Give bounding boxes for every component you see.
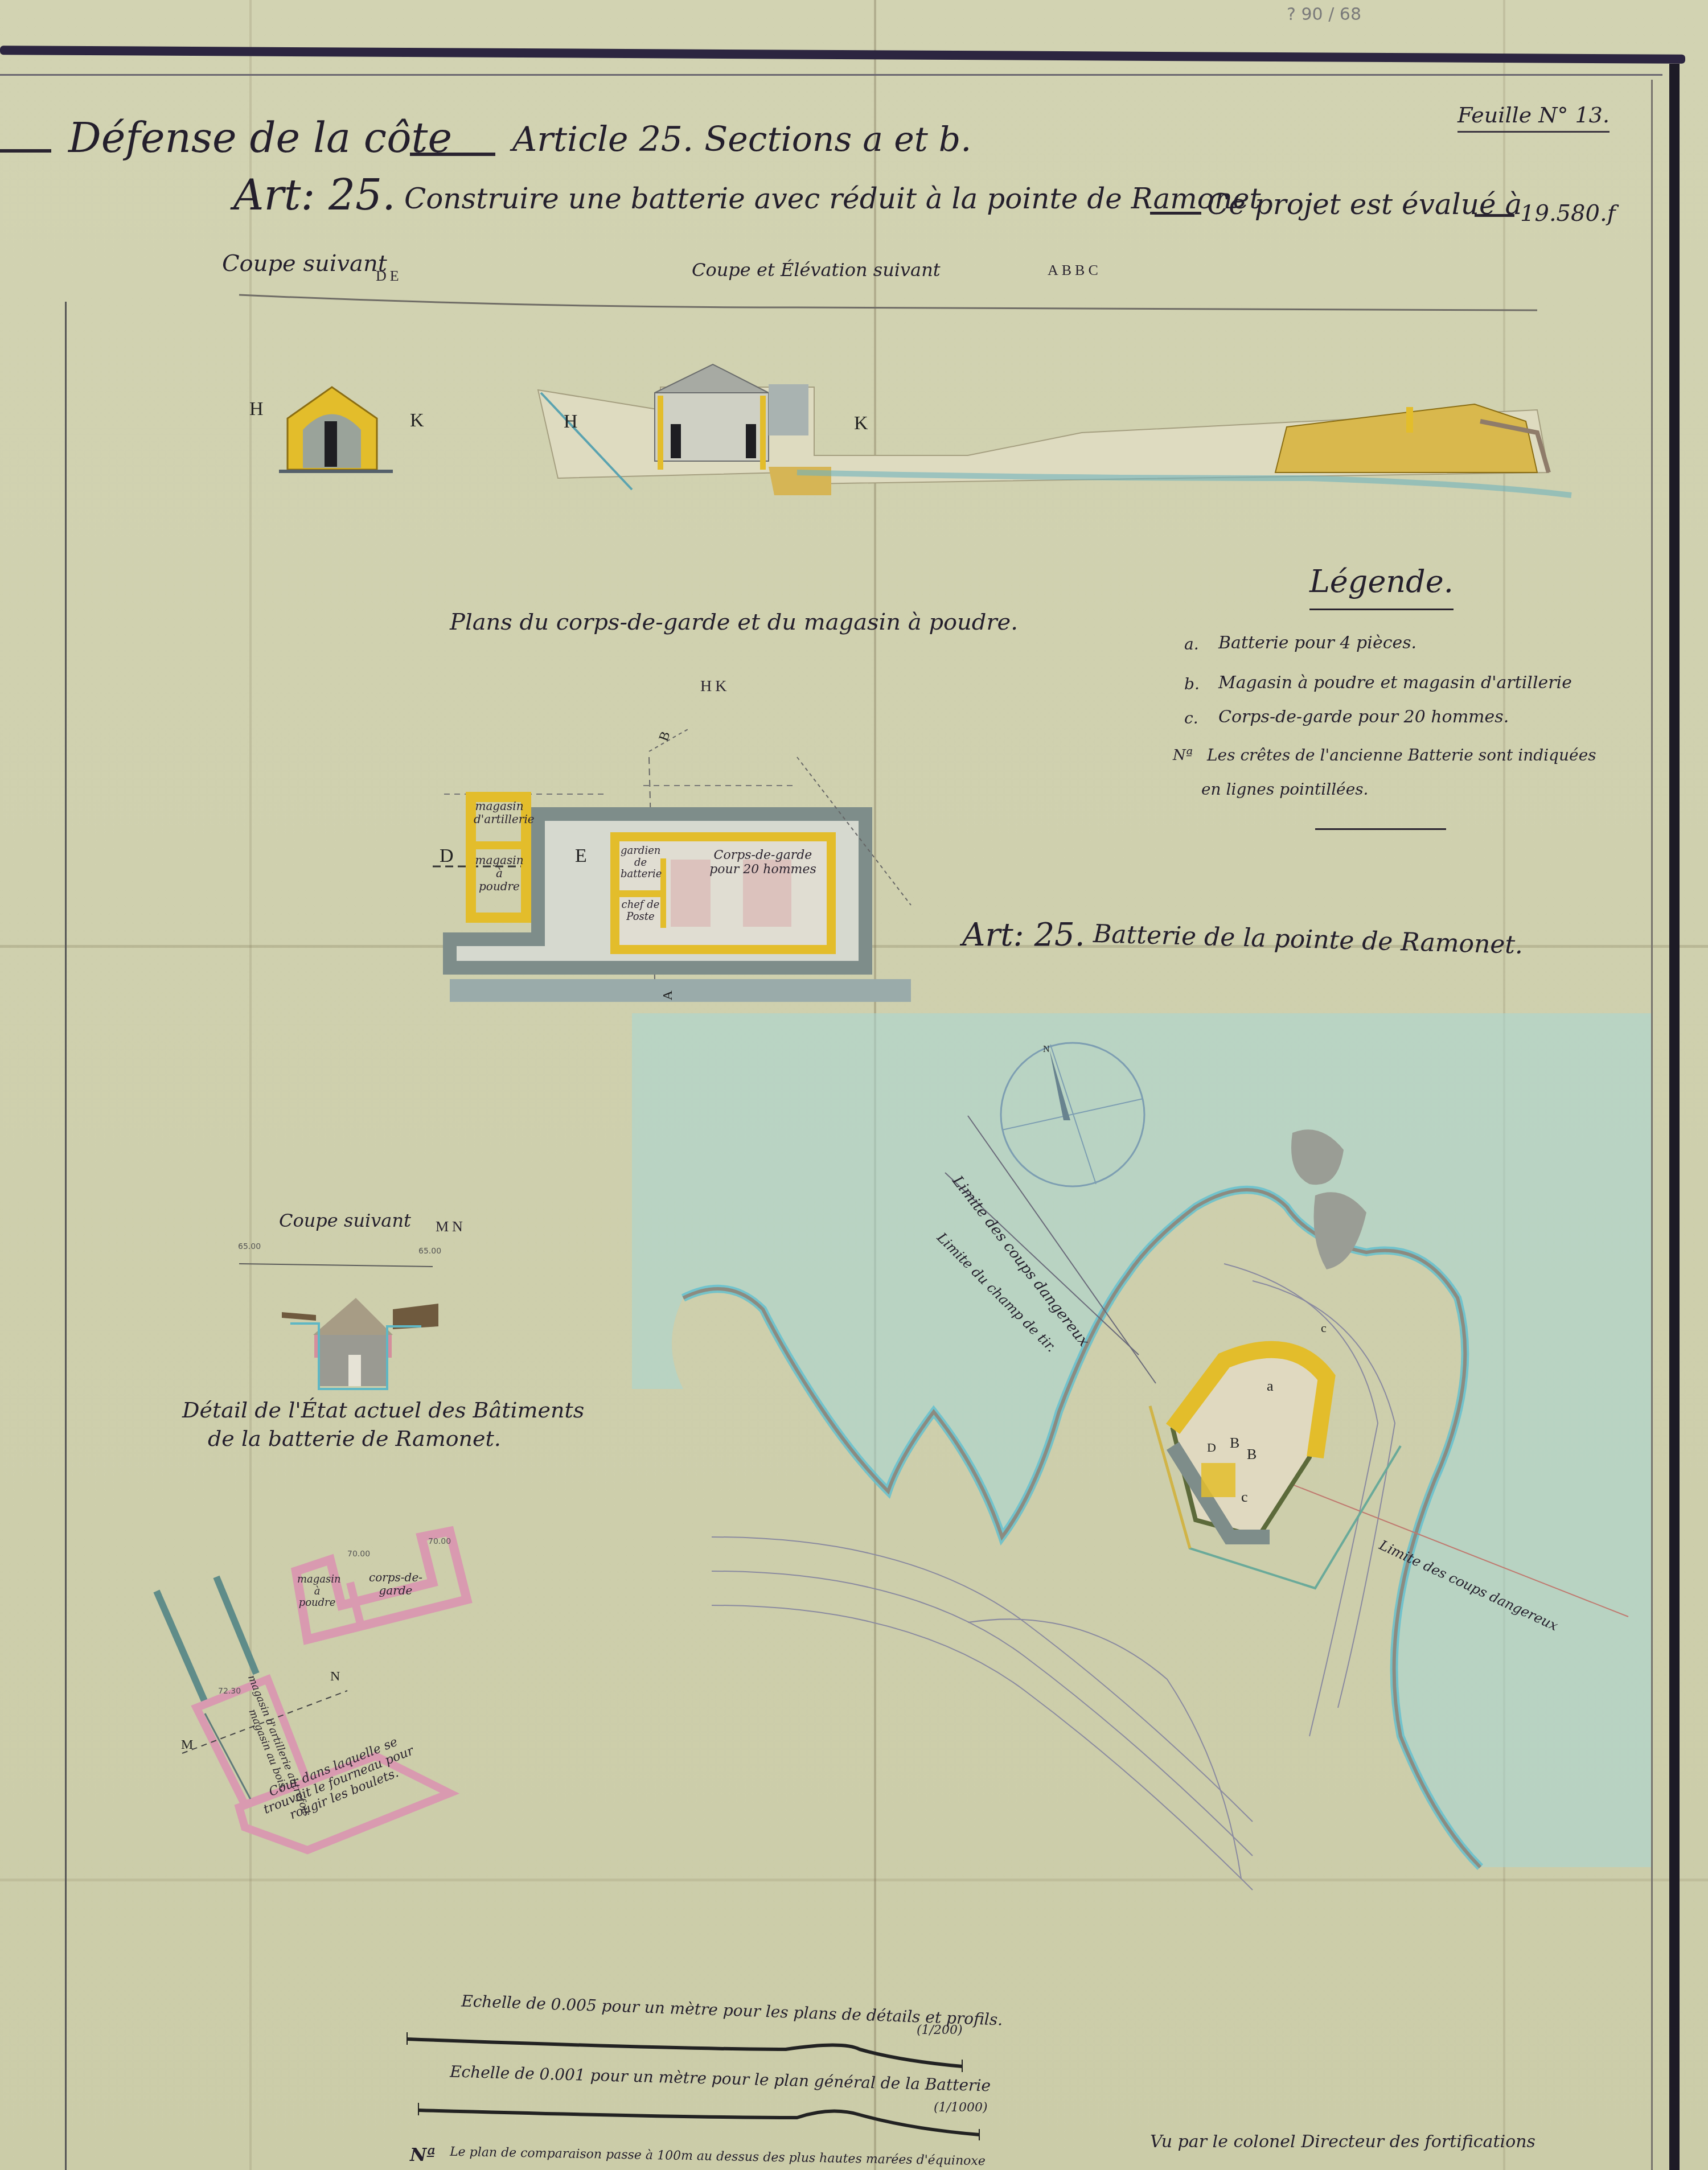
rock-label-c: c xyxy=(1321,1321,1327,1335)
detail-room-magasin: magasin à poudre xyxy=(297,1574,337,1609)
coupe-abbc-drawing xyxy=(538,364,1571,495)
director-signature-line: Vu par le colonel Directeur des fortific… xyxy=(1150,2132,1535,2152)
room-corps-de-garde: Corps-de-garde pour 20 hommes xyxy=(706,848,820,877)
map-sheet: ? 90 / 68 Défense de la côte Article 25.… xyxy=(0,0,1708,2170)
scale2-ratio: (1/1000) xyxy=(934,2101,988,2115)
label-h-small: H xyxy=(249,398,264,420)
scale1-ratio-num: 1 xyxy=(922,2023,930,2037)
legend-key-c: c. xyxy=(1184,709,1198,728)
fort-label-b2: B xyxy=(1247,1446,1257,1463)
detail-label-n: N xyxy=(330,1669,340,1684)
compass-north-label: N xyxy=(1043,1045,1050,1055)
coastline-map xyxy=(632,1013,1651,1890)
room-magasin-artillerie: magasin d'artillerie xyxy=(474,800,525,826)
plans-title: Plans du corps-de-garde et du magasin à … xyxy=(450,609,1018,635)
legend-note-line1: Les crêtes de l'ancienne Batterie sont i… xyxy=(1207,746,1596,765)
room-magasin-poudre: magasin à poudre xyxy=(474,854,525,893)
detail-title-line2: de la batterie de Ramonet. xyxy=(208,1426,501,1451)
legend-item-c: Corps-de-garde pour 20 hommes. xyxy=(1218,707,1509,727)
legend-key-a: a. xyxy=(1184,635,1199,654)
legend-divider xyxy=(1315,828,1446,830)
scale1-ratio-den: 200 xyxy=(934,2023,958,2037)
drawing-layer xyxy=(0,0,1708,2170)
coupe-de-drawing xyxy=(279,387,393,471)
coupe-mn-drawing xyxy=(239,1264,438,1389)
detail-elev-a: 70.00 xyxy=(347,1550,370,1559)
coupe-mn-title: Coupe suivant xyxy=(279,1210,411,1231)
scale2-ratio-den: 1000 xyxy=(951,2101,983,2115)
fort-label-b1: B xyxy=(1230,1435,1239,1452)
label-h-long: H xyxy=(564,411,578,433)
legend-key-b: b. xyxy=(1184,675,1200,693)
label-k-small: K xyxy=(410,410,424,431)
legend-item-b: Magasin à poudre et magasin d'artillerie xyxy=(1218,673,1572,693)
detail-label-m: M xyxy=(181,1737,193,1753)
cut-label-d: D xyxy=(440,845,454,867)
scale1-ratio: (1/200) xyxy=(917,2024,963,2037)
detail-room-corps: corps-de-garde xyxy=(364,1571,427,1597)
plan-letter-a: A xyxy=(660,991,676,1000)
legend-item-a: Batterie pour 4 pièces. xyxy=(1218,633,1417,653)
map-title-prefix: Art: 25. xyxy=(962,917,1085,954)
room-gardien: gardien de batterie xyxy=(621,845,660,881)
coupe-mn-letters: MN xyxy=(436,1218,466,1235)
coupe-mn-elev-left: 65.00 xyxy=(238,1242,261,1251)
coupe-mn-elev-right: 65.00 xyxy=(418,1247,441,1256)
label-k-long: K xyxy=(854,413,868,434)
fort-label-d: D xyxy=(1207,1440,1216,1455)
battery-fort xyxy=(1150,1350,1401,1588)
detail-title-line1: Détail de l'État actuel des Bâtiments xyxy=(182,1398,584,1423)
legend-title: Légende. xyxy=(1309,564,1454,610)
scale2-ratio-num: 1 xyxy=(939,2101,947,2115)
scale-note-prefix: Nª xyxy=(410,2144,436,2165)
fort-label-c: c xyxy=(1241,1489,1248,1506)
detail-elev-b: 70.00 xyxy=(428,1537,451,1546)
cut-label-e: E xyxy=(575,845,587,867)
legend-note-line2: en lignes pointillées. xyxy=(1201,780,1369,799)
plans-axis-hk: HK xyxy=(700,677,730,696)
legend-note-prefix: Nª xyxy=(1173,747,1193,764)
room-chef-poste: chef de Poste xyxy=(621,899,660,923)
fort-label-a: a xyxy=(1267,1378,1274,1395)
